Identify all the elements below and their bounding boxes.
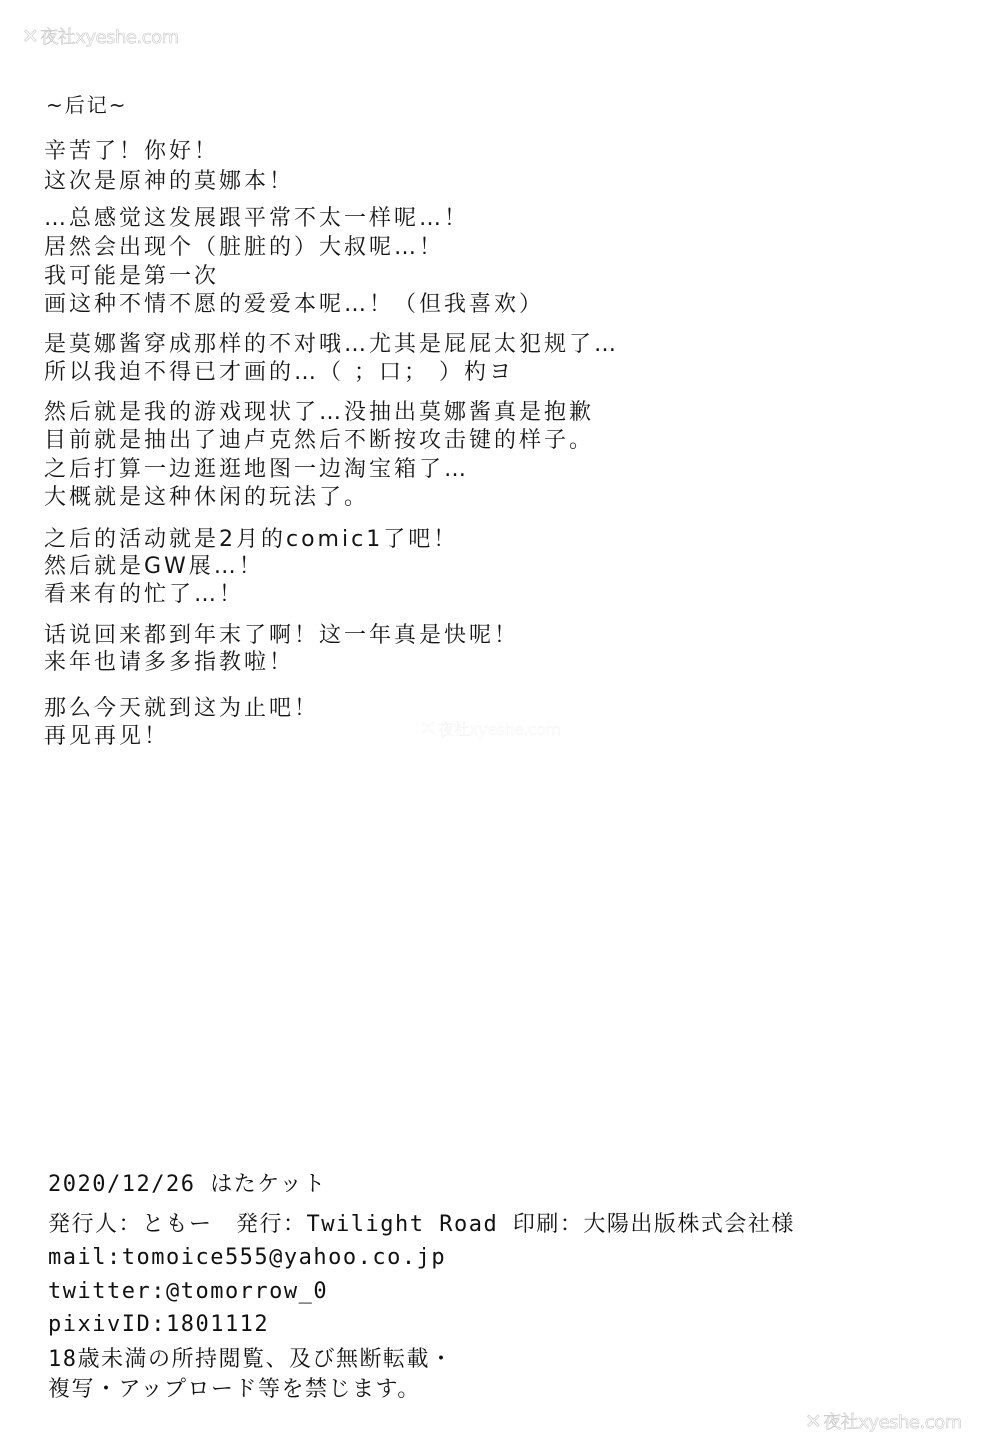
watermark-text: 夜社xyeshe.com [823, 1412, 961, 1433]
afterword-title: ~后记~ [46, 92, 128, 118]
text-line: 我可能是第一次 [44, 264, 219, 290]
watermark-top: ✕夜社xyeshe.com [22, 23, 179, 49]
text-line: 之后的活动就是2月的comic1了吧！ [44, 527, 458, 553]
watermark-logo-icon: ✕ [22, 24, 38, 48]
watermark-logo-icon: ✕ [420, 716, 436, 740]
watermark-bottom: ✕夜社xyeshe.com [805, 1408, 962, 1434]
text-line: 那么今天就到这为止吧！ [44, 696, 319, 722]
text-line: 话说回来都到年末了啊！这一年真是快呢！ [44, 623, 519, 649]
publisher-line: 発行人：ともー 発行：Twilight Road 印刷：大陽出版株式会社様 [48, 1211, 795, 1239]
watermark-text: 夜社xyeshe.com [438, 720, 560, 739]
copyright-notice-line-2: 複写・アップロード等を禁じます。 [48, 1376, 421, 1404]
text-line: 是莫娜酱穿成那样的不对哦…尤其是屁屁太犯规了… [44, 332, 619, 358]
watermark-middle: ✕夜社xyeshe.com [420, 716, 561, 740]
text-line: 所以我迫不得已才画的…（ ；口； ）杓ヨ [44, 360, 514, 386]
text-line: 之后打算一边逛逛地图一边淘宝箱了… [44, 457, 469, 483]
watermark-logo-icon: ✕ [805, 1409, 821, 1433]
contact-mail: mail:tomoice555@yahoo.co.jp [48, 1244, 446, 1272]
text-line: 来年也请多多指教啦！ [44, 650, 294, 676]
text-line: 目前就是抽出了迪卢克然后不断按攻击键的样子。 [44, 428, 594, 454]
text-line: 这次是原神的莫娜本！ [44, 169, 294, 195]
text-line: 画这种不情不愿的爱爱本呢…！（但我喜欢） [44, 292, 544, 318]
copyright-notice-line-1: 18歳未満の所持閲覧、及び無断転載・ [48, 1346, 454, 1374]
text-line: 然后就是GW展…！ [44, 554, 264, 580]
text-line: 再见再见！ [44, 724, 169, 750]
text-line: 然后就是我的游戏现状了…没抽出莫娜酱真是抱歉 [44, 400, 594, 426]
contact-pixiv: pixivID:1801112 [48, 1311, 269, 1339]
text-line: …总感觉这发展跟平常不太一样呢…！ [44, 206, 469, 232]
event-date-line: 2020/12/26 はたケット [48, 1171, 327, 1199]
text-line: 居然会出现个（脏脏的）大叔呢…！ [44, 235, 444, 261]
watermark-text: 夜社xyeshe.com [40, 27, 178, 48]
text-line: 辛苦了！你好！ [44, 139, 219, 165]
text-line: 看来有的忙了…！ [44, 582, 244, 608]
contact-twitter: twitter:@tomorrow_0 [48, 1278, 328, 1306]
text-line: 大概就是这种休闲的玩法了。 [44, 485, 369, 511]
